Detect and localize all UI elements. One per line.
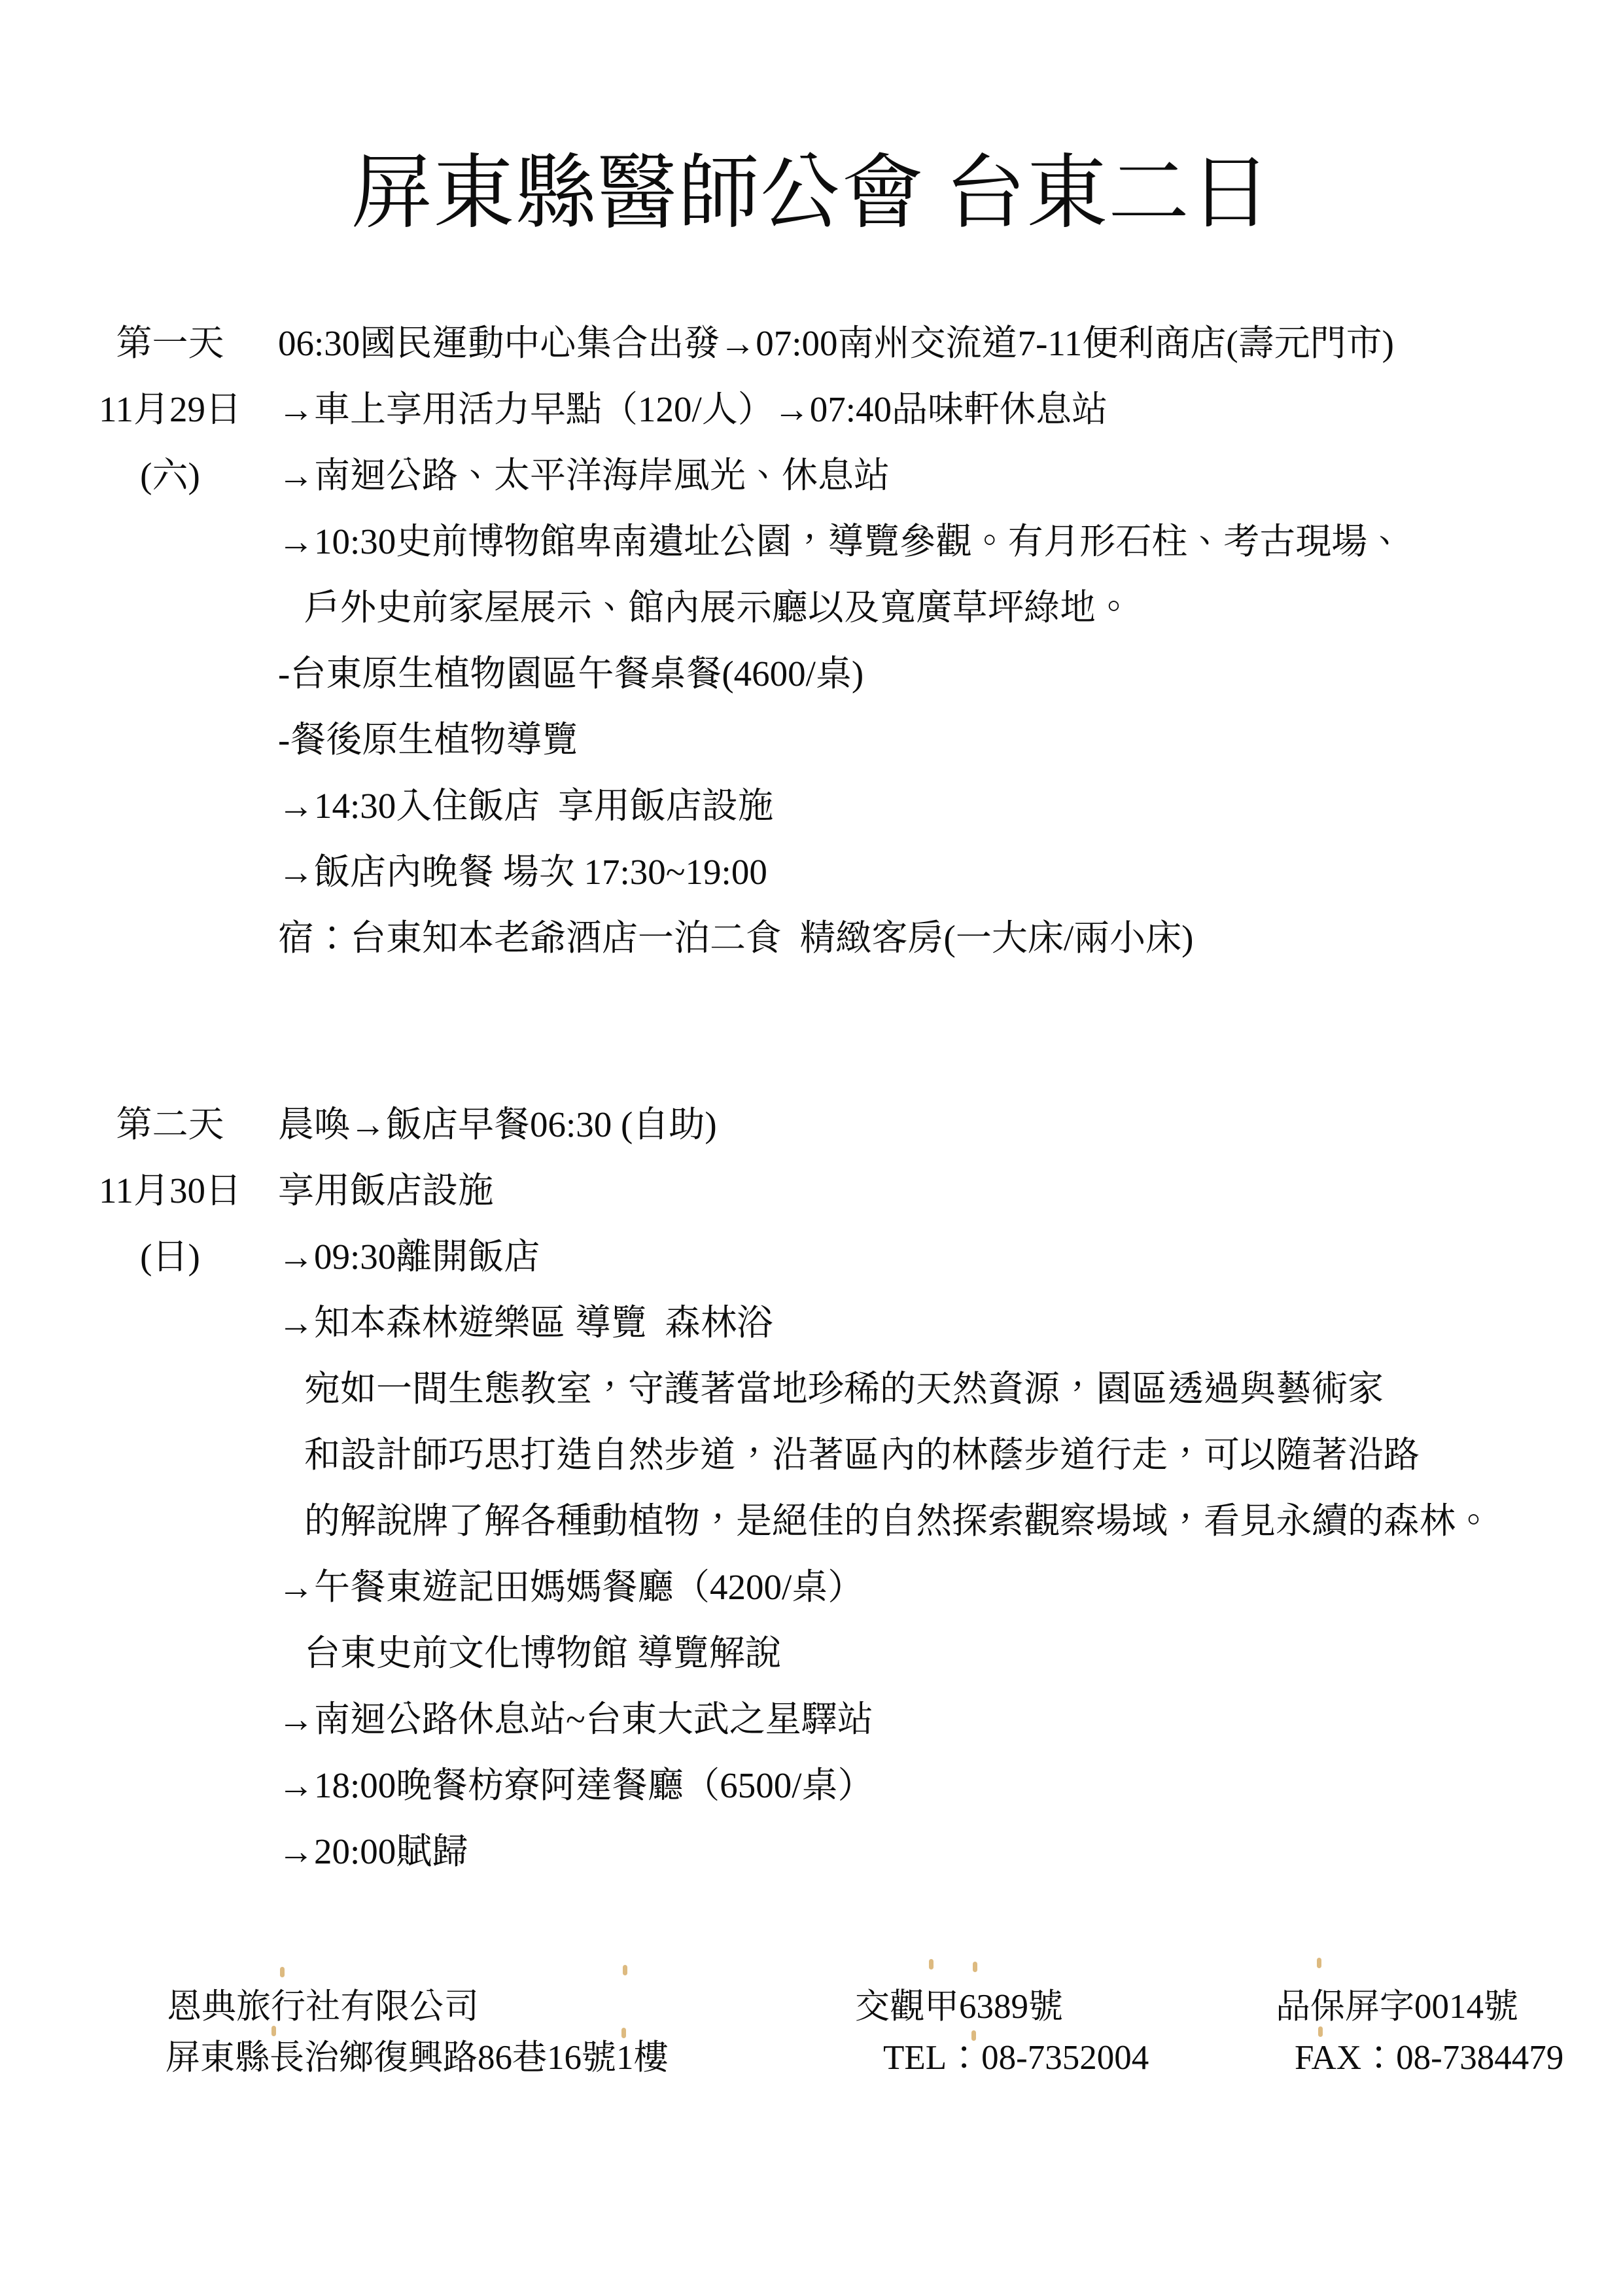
page-title: 屏東縣醫師公會 台東二日 xyxy=(0,145,1623,243)
day2-date-label: 11月30日 xyxy=(62,1157,278,1224)
itinerary-line: 台東史前文化博物館 導覽解說 xyxy=(278,1620,1492,1686)
scan-speck xyxy=(971,2030,976,2041)
itinerary-line: 06:30國民運動中心集合出發→07:00南州交流道7-11便利商店(壽元門市) xyxy=(278,310,1403,376)
itinerary-line: →20:00賦歸 xyxy=(278,1818,1492,1884)
itinerary-line: →飯店內晚餐 場次 17:30~19:00 xyxy=(278,839,1403,905)
itinerary-line: →午餐東遊記田媽媽餐廳（4200/桌） xyxy=(278,1554,1492,1620)
itinerary-line: -餐後原生植物導覽 xyxy=(278,707,1403,773)
agency-address: 屏東縣長治鄉復興路86巷16號1樓 xyxy=(166,2038,669,2078)
day2-weekday-label: (日) xyxy=(62,1224,278,1290)
agency-quality-cert-number: 品保屏字0014號 xyxy=(1276,1987,1518,2027)
itinerary-line: -台東原生植物園區午餐桌餐(4600/桌) xyxy=(278,641,1403,707)
itinerary-line: →車上享用活力早點（120/人）→07:40品味軒休息站 xyxy=(278,376,1403,442)
agency-license-number: 交觀甲6389號 xyxy=(855,1987,1063,2027)
itinerary-line: 和設計師巧思打造自然步道，沿著區內的林蔭步道行走，可以隨著沿路 xyxy=(278,1422,1492,1488)
itinerary-line: 晨喚→飯店早餐06:30 (自助) xyxy=(278,1091,1492,1157)
agency-fax-number: FAX：08-7384479 xyxy=(1295,2038,1563,2078)
scan-speck xyxy=(271,2026,276,2036)
day1-date-label: 11月29日 xyxy=(62,376,278,442)
itinerary-line: 宿：台東知本老爺酒店一泊二食 精緻客房(一大床/兩小床) xyxy=(278,905,1403,971)
scan-speck xyxy=(973,1962,977,1972)
scan-speck xyxy=(1317,1958,1321,1968)
day1-itinerary-lines: 06:30國民運動中心集合出發→07:00南州交流道7-11便利商店(壽元門市)… xyxy=(278,310,1403,971)
itinerary-document-page: 屏東縣醫師公會 台東二日 第一天 11月29日 (六) 06:30國民運動中心集… xyxy=(0,0,1623,2296)
day2-label-column: 第二天 11月30日 (日) xyxy=(62,1091,278,1290)
day1-number-label: 第一天 xyxy=(62,310,278,376)
scan-speck xyxy=(929,1959,934,1969)
itinerary-line: 宛如一間生態教室，守護著當地珍稀的天然資源，園區透過與藝術家 xyxy=(278,1356,1492,1422)
itinerary-line: →知本森林遊樂區 導覽 森林浴 xyxy=(278,1290,1492,1356)
day2-number-label: 第二天 xyxy=(62,1091,278,1157)
itinerary-line: →南迴公路休息站~台東大武之星驛站 xyxy=(278,1686,1492,1752)
day2-itinerary-lines: 晨喚→飯店早餐06:30 (自助) 享用飯店設施 →09:30離開飯店 →知本森… xyxy=(278,1091,1492,1884)
scan-speck xyxy=(1318,2026,1323,2037)
day1-label-column: 第一天 11月29日 (六) xyxy=(62,310,278,508)
itinerary-line: 的解說牌了解各種動植物，是絕佳的自然探索觀察場域，看見永續的森林。 xyxy=(278,1488,1492,1554)
agency-phone-number: TEL：08-7352004 xyxy=(883,2038,1149,2078)
day1-weekday-label: (六) xyxy=(62,442,278,508)
itinerary-line: 戶外史前家屋展示、館內展示廳以及寬廣草坪綠地。 xyxy=(278,574,1403,641)
scan-speck xyxy=(621,2028,626,2038)
itinerary-line: →09:30離開飯店 xyxy=(278,1224,1492,1290)
day2-block: 第二天 11月30日 (日) 晨喚→飯店早餐06:30 (自助) 享用飯店設施 … xyxy=(62,1091,1492,1884)
itinerary-line: →南迴公路、太平洋海岸風光、休息站 xyxy=(278,442,1403,508)
itinerary-line: →18:00晚餐枋寮阿達餐廳（6500/桌） xyxy=(278,1752,1492,1818)
scan-speck xyxy=(280,1967,285,1977)
scan-speck xyxy=(623,1965,627,1975)
itinerary-line: →10:30史前博物館卑南遺址公園，導覽參觀。有月形石柱、考古現場、 xyxy=(278,508,1403,574)
itinerary-line: →14:30入住飯店 享用飯店設施 xyxy=(278,773,1403,839)
itinerary-line: 享用飯店設施 xyxy=(278,1157,1492,1224)
agency-name: 恩典旅行社有限公司 xyxy=(167,1987,479,2027)
day1-block: 第一天 11月29日 (六) 06:30國民運動中心集合出發→07:00南州交流… xyxy=(62,310,1403,971)
